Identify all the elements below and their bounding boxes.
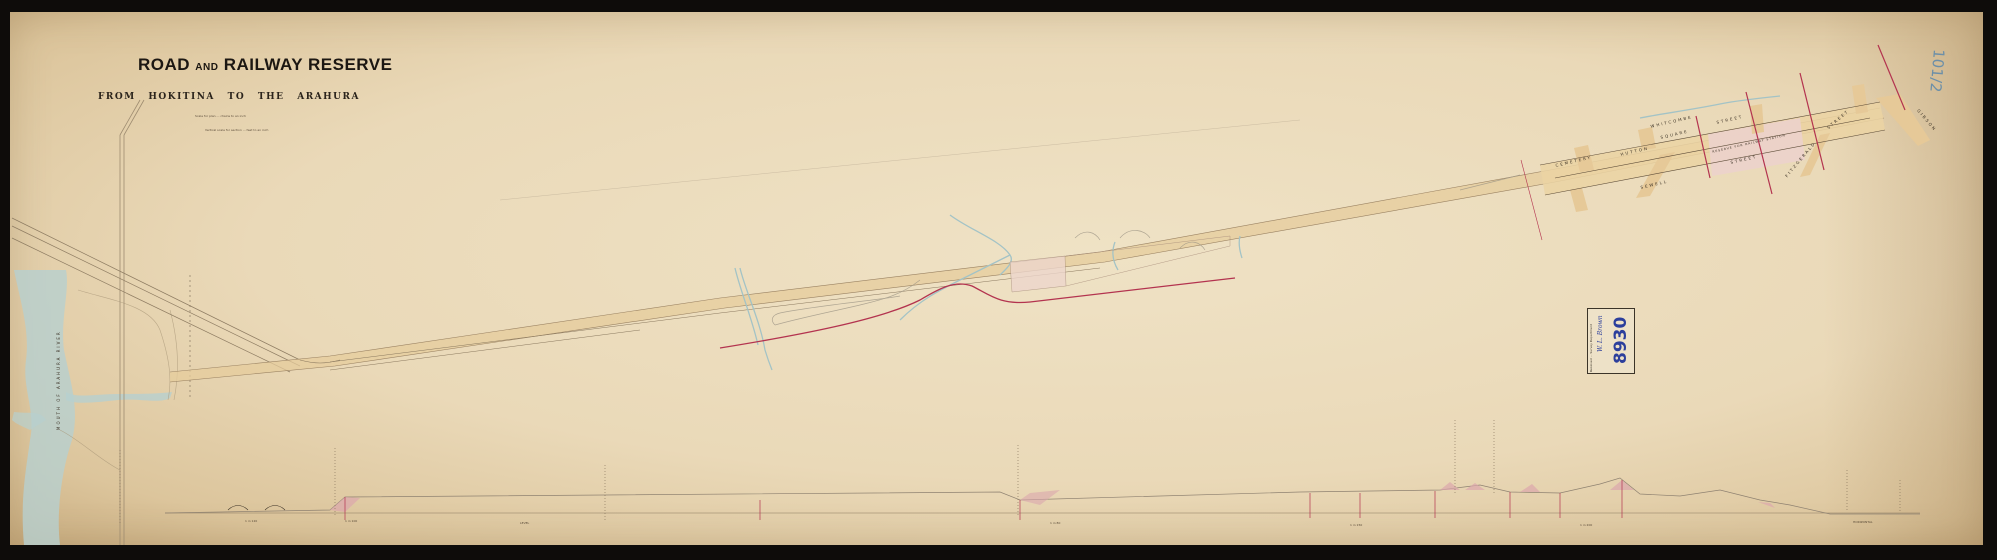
plan-scale-note: Scale for plan ... chains to an inch [195,114,246,118]
stamp-number: 8930 [1611,317,1631,364]
map-drawing [0,0,1997,560]
gradient-label: 1 in 80 [1050,521,1060,525]
stamp-signature: W. L. Brown [1597,315,1604,352]
horizontal-label: HORIZONTAL [1853,520,1873,524]
gradient-label: LEVEL [520,521,529,525]
terrain-outlines [60,290,177,470]
stamp-note: Received ... Survey Department [1589,324,1593,372]
section-scale-note: Vertical scale for section ... feet to a… [205,128,268,132]
gradient-label: 1 in 120 [245,519,257,523]
arahura-river [12,270,172,545]
river-label: MOUTH OF ARAHURA RIVER [56,330,61,430]
subtitle-word: ARAHURA [297,92,360,102]
map-title: ROAD AND RAILWAY RESERVE [138,55,392,75]
longitudinal-section [120,420,1920,525]
subtitle-word: THE [258,92,285,102]
title-road: ROAD [138,55,190,74]
gradient-label: 1 in 200 [1580,523,1592,527]
title-and: AND [195,62,218,73]
subtitle-word: FROM [98,92,136,102]
pencil-guide-line [500,120,1300,200]
catalog-number: 101/2 [1926,48,1948,93]
subtitle-word: TO [228,92,246,102]
title-railway-reserve: RAILWAY RESERVE [224,55,393,74]
survey-line-vertical [120,100,190,545]
map-subtitle: FROM HOKITINA TO THE ARAHURA [98,92,360,102]
gradient-label: 1 in 100 [345,519,357,523]
subtitle-word: HOKITINA [148,92,215,102]
gradient-label: 1 in 150 [1350,523,1362,527]
